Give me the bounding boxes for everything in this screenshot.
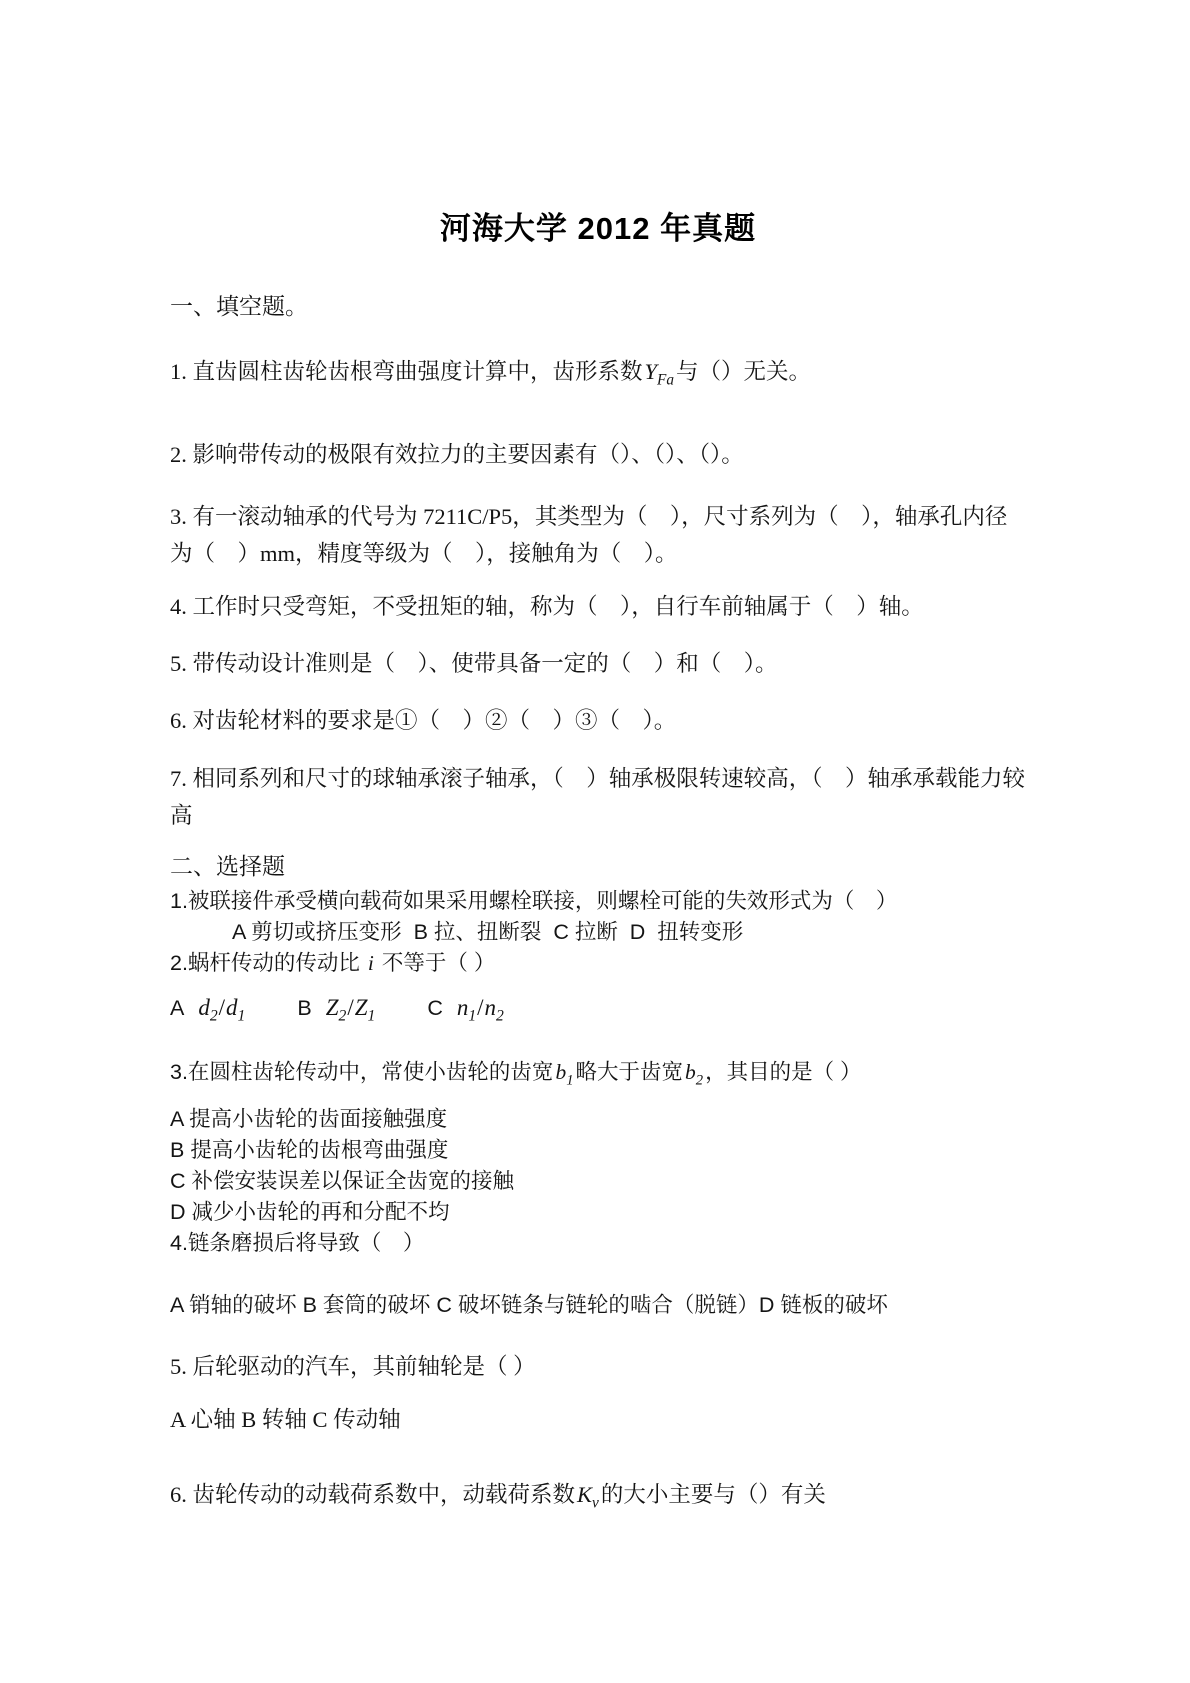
document-content: 河海大学 2012 年真题 一、填空题。 1. 直齿圆柱齿轮齿根弯曲强度计算中，… (170, 0, 1026, 1513)
math-var-b2: b2 (683, 1060, 705, 1084)
choice-q3-option-d: D 减少小齿轮的再和分配不均 (170, 1197, 1026, 1228)
fill-q1: 1. 直齿圆柱齿轮齿根弯曲强度计算中，齿形系数YFa与（）无关。 (170, 353, 1026, 390)
exam-document-page: 河海大学 2012 年真题 一、填空题。 1. 直齿圆柱齿轮齿根弯曲强度计算中，… (0, 0, 1190, 1683)
math-var-YFa: YFa (643, 359, 677, 384)
choice-q4: 4.链条磨损后将导致（ ） (170, 1228, 1026, 1259)
fill-q5: 5. 带传动设计准则是（ ）、使带具备一定的（ ）和（ ）。 (170, 645, 1026, 682)
choice-q3-option-a: A 提高小齿轮的齿面接触强度 (170, 1104, 1026, 1135)
choice-q3-text-pre: 3.在圆柱齿轮传动中，常使小齿轮的齿宽 (170, 1060, 553, 1084)
fill-q1-text-pre: 1. 直齿圆柱齿轮齿根弯曲强度计算中，齿形系数 (170, 359, 643, 384)
choice-q1-options: A 剪切或挤压变形 B 拉、扭断裂 C 拉断 D 扭转变形 (170, 917, 1026, 948)
fill-q1-text-post: 与（）无关。 (676, 359, 811, 384)
choice-q2-option-a: Ad2/d1 (170, 995, 245, 1020)
fill-q7: 7. 相同系列和尺寸的球轴承滚子轴承，（ ）轴承极限转速较高，（ ）轴承承载能力… (170, 760, 1026, 834)
choice-q2: 2.蜗杆传动的传动比 i 不等于（ ） (170, 948, 1026, 979)
choice-q6-text-pre: 6. 齿轮传动的动载荷系数中，动载荷系数 (170, 1482, 575, 1507)
choice-q2-option-c: Cn1/n2 (427, 995, 504, 1020)
math-var-Kv: Kv (575, 1482, 601, 1507)
choice-q1: 1.被联接件承受横向载荷如果采用螺栓联接，则螺栓可能的失效形式为（ ） (170, 886, 1026, 917)
math-var-i: i (366, 951, 376, 975)
math-var-b1: b1 (553, 1060, 575, 1084)
fill-q6: 6. 对齿轮材料的要求是①（ ）②（ ）③（ ）。 (170, 702, 1026, 739)
page-title: 河海大学 2012 年真题 (170, 206, 1026, 252)
choice-q6-text-post: 的大小主要与（）有关 (601, 1482, 826, 1507)
fill-section-heading: 一、填空题。 (170, 290, 1026, 323)
choice-q2-text-pre: 2.蜗杆传动的传动比 (170, 951, 366, 975)
fill-q4: 4. 工作时只受弯矩，不受扭矩的轴，称为（ ），自行车前轴属于（ ）轴。 (170, 588, 1026, 625)
choice-q6: 6. 齿轮传动的动载荷系数中，动载荷系数Kv的大小主要与（）有关 (170, 1476, 1026, 1513)
choice-q3-text-post: ，其目的是（ ） (705, 1060, 861, 1084)
choice-q5: 5. 后轮驱动的汽车，其前轴轮是（ ） (170, 1348, 1026, 1385)
choice-q3-text-mid: 略大于齿宽 (576, 1060, 684, 1084)
choice-q2-option-b: BZ2/Z1 (297, 995, 375, 1020)
choice-q5-options: A 心轴 B 转轴 C 传动轴 (170, 1401, 1026, 1438)
choice-q3-option-b: B 提高小齿轮的齿根弯曲强度 (170, 1135, 1026, 1166)
choice-q2-options: Ad2/d1BZ2/Z1Cn1/n2 (170, 991, 1026, 1025)
fill-q2: 2. 影响带传动的极限有效拉力的主要因素有（）、（）、（）。 (170, 436, 1026, 473)
fill-q3: 3. 有一滚动轴承的代号为 7211C/P5，其类型为（ ），尺寸系列为（ ），… (170, 498, 1026, 572)
choice-q4-options: A 销轴的破坏 B 套筒的破坏 C 破坏链条与链轮的啮合（脱链）D 链板的破坏 (170, 1290, 1026, 1321)
choice-section-heading: 二、选择题 (170, 850, 1026, 883)
choice-q3: 3.在圆柱齿轮传动中，常使小齿轮的齿宽b1略大于齿宽b2，其目的是（ ） (170, 1057, 1026, 1088)
choice-q2-text-post: 不等于（ ） (376, 951, 495, 975)
choice-q3-option-c: C 补偿安装误差以保证全齿宽的接触 (170, 1166, 1026, 1197)
